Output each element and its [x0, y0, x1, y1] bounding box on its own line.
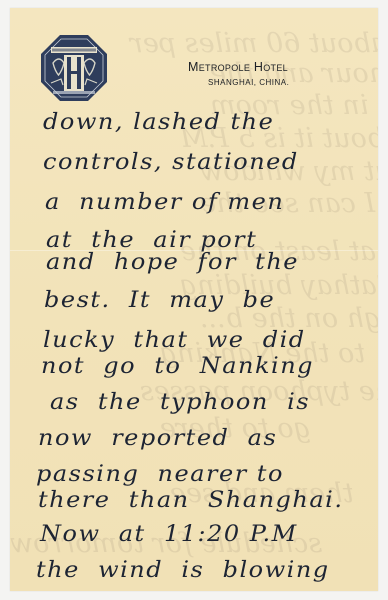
handwritten-line: as the typhoon is [50, 388, 310, 415]
handwritten-line: best. It may be [44, 286, 275, 313]
hotel-name: Metropole Hotel [188, 60, 288, 74]
handwritten-line: now reported as [38, 424, 277, 451]
hotel-logo-icon [39, 33, 109, 103]
handwritten-line: and hope for the [46, 248, 299, 275]
handwritten-line: passing nearer to [36, 460, 284, 487]
handwritten-line: Now at 11:20 P.M [40, 520, 298, 547]
handwritten-line: controls, stationed [43, 148, 299, 175]
hotel-location: Shanghai, China. [208, 78, 289, 87]
handwritten-line: lucky that we did [43, 326, 306, 353]
handwritten-line: the wind is blowing [36, 556, 330, 583]
handwritten-line: a number of men [45, 188, 284, 215]
showthrough-line: about 60 miles per [130, 28, 378, 59]
handwritten-line: not go to Nanking [41, 352, 314, 379]
letter-page: about 60 miles per hour and the else in … [10, 8, 378, 591]
handwritten-line: down, lashed the [43, 108, 274, 135]
handwritten-line: there than Shanghai. [38, 486, 343, 513]
